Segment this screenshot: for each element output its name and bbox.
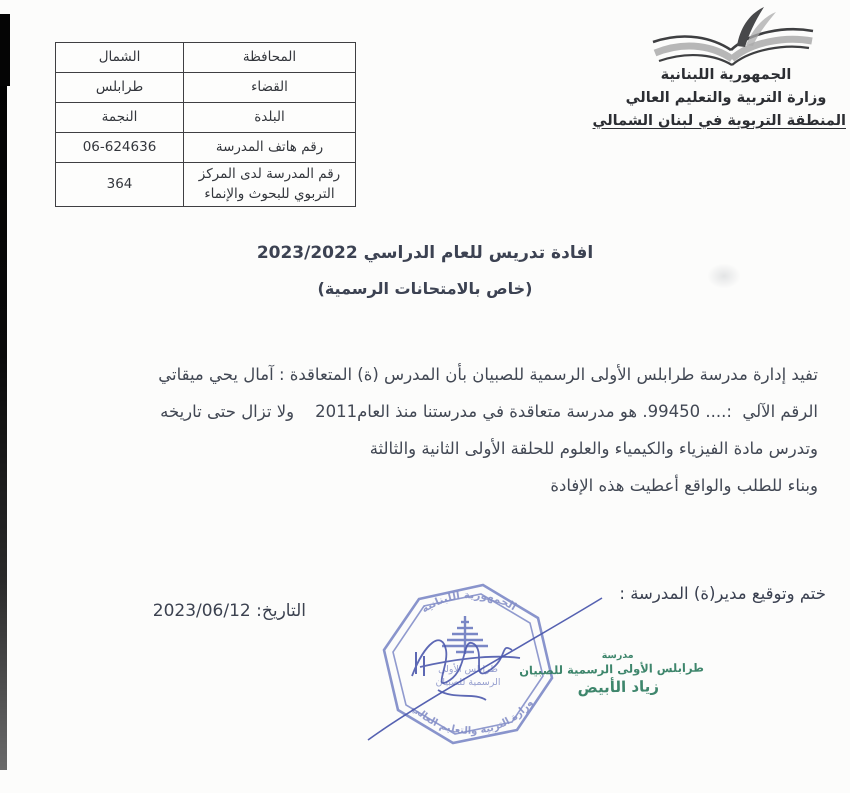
republic-line: الجمهورية اللبنانية (606, 64, 846, 87)
certificate-title-block: افادة تدريس للعام الدراسي 2023/2022 (خاص… (175, 243, 675, 298)
certificate-subtitle: (خاص بالامتحانات الرسمية) (175, 279, 675, 298)
table-row-value: الشمال (56, 43, 183, 72)
scan-smudge (700, 258, 748, 294)
date-label: التاريخ: 2023/06/12 (153, 601, 306, 621)
table-row-label: البلدة (183, 103, 355, 132)
table-row-value: النجمة (56, 103, 183, 132)
ministry-header: الجمهورية اللبنانية وزارة التربية والتعل… (606, 64, 846, 133)
body-line-1: تفيد إدارة مدرسة طرابلس الأولى الرسمية ل… (48, 356, 818, 393)
ministry-line: وزارة التربية والتعليم العالي (606, 87, 846, 110)
table-row: القضاء طرابلس (56, 73, 355, 103)
table-row: رقم هاتف المدرسة 06-624636 (56, 133, 355, 163)
certificate-title: افادة تدريس للعام الدراسي 2023/2022 (175, 243, 675, 263)
cedar-tree-icon (442, 616, 488, 654)
table-row-label: رقم المدرسة لدى المركز التربوي للبحوث وا… (183, 163, 355, 206)
principal-stamp-label: ختم وتوقيع مدير(ة) المدرسة : (619, 584, 826, 603)
table-row: المحافظة الشمال (56, 43, 355, 73)
school-info-table: المحافظة الشمال القضاء طرابلس البلدة الن… (55, 42, 356, 207)
table-row-label: المحافظة (183, 43, 355, 72)
body-line-4: وبناء للطلب والواقع أعطيت هذه الإفادة (48, 467, 818, 504)
rubber-stamp-director-name: زياد الأبيض (532, 676, 704, 697)
director-rubber-stamp: مدرسة طرابلس الأولى الرسمية للصبيان زياد… (532, 649, 705, 698)
scanner-edge-artifact (0, 14, 7, 770)
rubber-stamp-school-name: طرابلس الأولى الرسمية للصبيان (532, 661, 704, 678)
table-row: رقم المدرسة لدى المركز التربوي للبحوث وا… (56, 163, 355, 206)
table-row-value: 364 (56, 163, 183, 206)
table-row: البلدة النجمة (56, 103, 355, 133)
open-book-logo-icon (645, 4, 820, 66)
stamp-top-arc-text: الجمهورية اللبنانية (419, 589, 518, 615)
region-line: المنطقة التربوية في لبنان الشمالي (606, 110, 846, 133)
table-row-value: طرابلس (56, 73, 183, 102)
table-row-label: رقم هاتف المدرسة (183, 133, 355, 162)
body-line-2: الرقم الآلي :.... 99450. هو مدرسة متعاقد… (48, 393, 818, 430)
scanned-certificate-page: الجمهورية اللبنانية وزارة التربية والتعل… (0, 0, 850, 793)
table-row-label: القضاء (183, 73, 355, 102)
body-line-3: وتدرس مادة الفيزياء والكيمياء والعلوم لل… (48, 430, 818, 467)
table-row-value: 06-624636 (56, 133, 183, 162)
certificate-body: تفيد إدارة مدرسة طرابلس الأولى الرسمية ل… (48, 356, 818, 504)
scanner-corner-artifact (0, 14, 10, 86)
